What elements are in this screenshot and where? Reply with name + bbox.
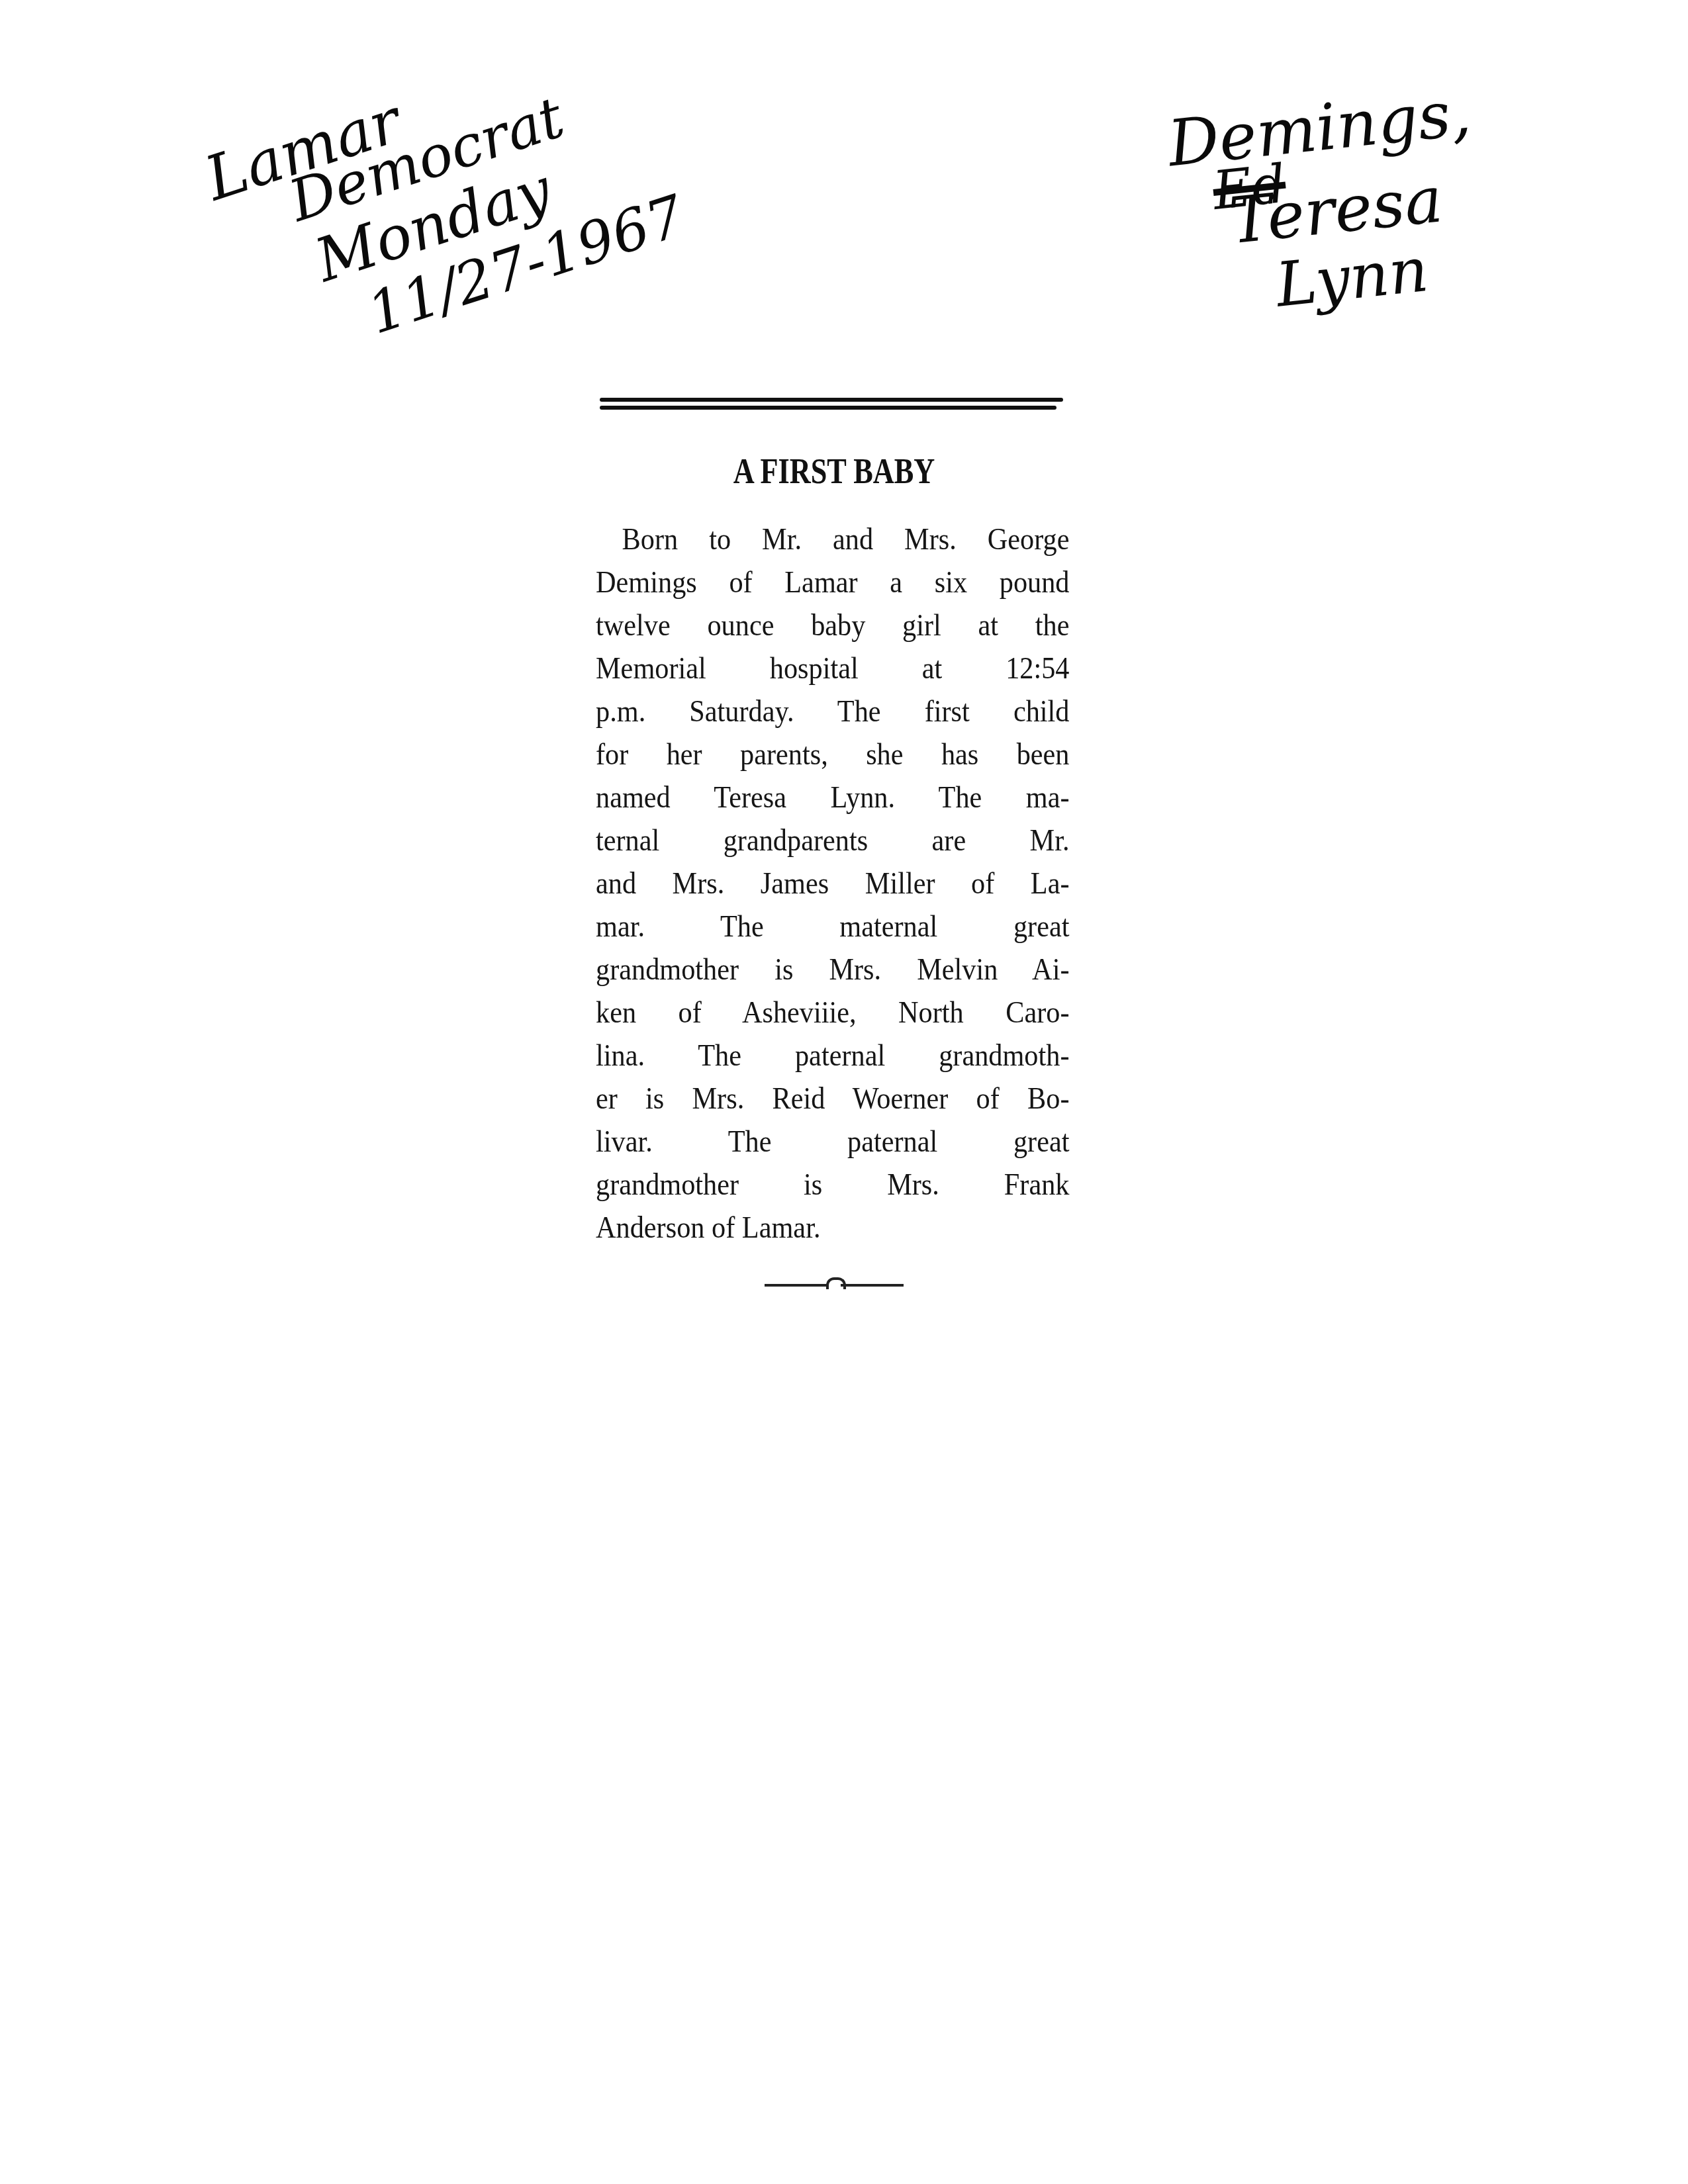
article-line: Demings of Lamar a six pound [596,561,1070,604]
article-line: for her parents, she has been [596,733,1070,776]
article-line: named Teresa Lynn. The ma- [596,776,1070,819]
article-line: and Mrs. James Miller of La- [596,862,1070,905]
article-line: er is Mrs. Reid Woerner of Bo- [596,1077,1070,1120]
rule-line-bottom [600,406,1056,410]
article-line: Born to Mr. and Mrs. George [596,518,1070,561]
article-line: grandmother is Mrs. Frank [596,1163,1070,1206]
article-line: grandmother is Mrs. Melvin Ai- [596,948,1070,991]
article-line: ken of Asheviiie, North Caro- [596,991,1070,1034]
article-line: p.m. Saturday. The first child [596,690,1070,733]
article-line: mar. The maternal great [596,905,1070,948]
article-line: Memorial hospital at 12:54 [596,647,1070,690]
article-line: livar. The paternal great [596,1120,1070,1163]
article-headline: A FIRST BABY [639,451,1029,492]
article-line: Anderson of Lamar. [596,1206,1070,1250]
rule-line-top [600,398,1063,402]
article-line: ternal grandparents are Mr. [596,819,1070,862]
handwritten-source-note: Lamar Democrat Monday 11/27-1967 [199,16,691,377]
article-line: lina. The paternal grandmoth- [596,1034,1070,1077]
article-body: Born to Mr. and Mrs. GeorgeDemings of La… [596,518,1070,1250]
end-of-article-rule [765,1276,904,1289]
newspaper-clipping: A FIRST BABY Born to Mr. and Mrs. George… [596,394,1072,1289]
double-rule-divider [600,394,1063,412]
article-line: twelve ounce baby girl at the [596,604,1070,647]
handwritten-name-note: Demings, Ed Teresa Lynn [1165,81,1489,326]
